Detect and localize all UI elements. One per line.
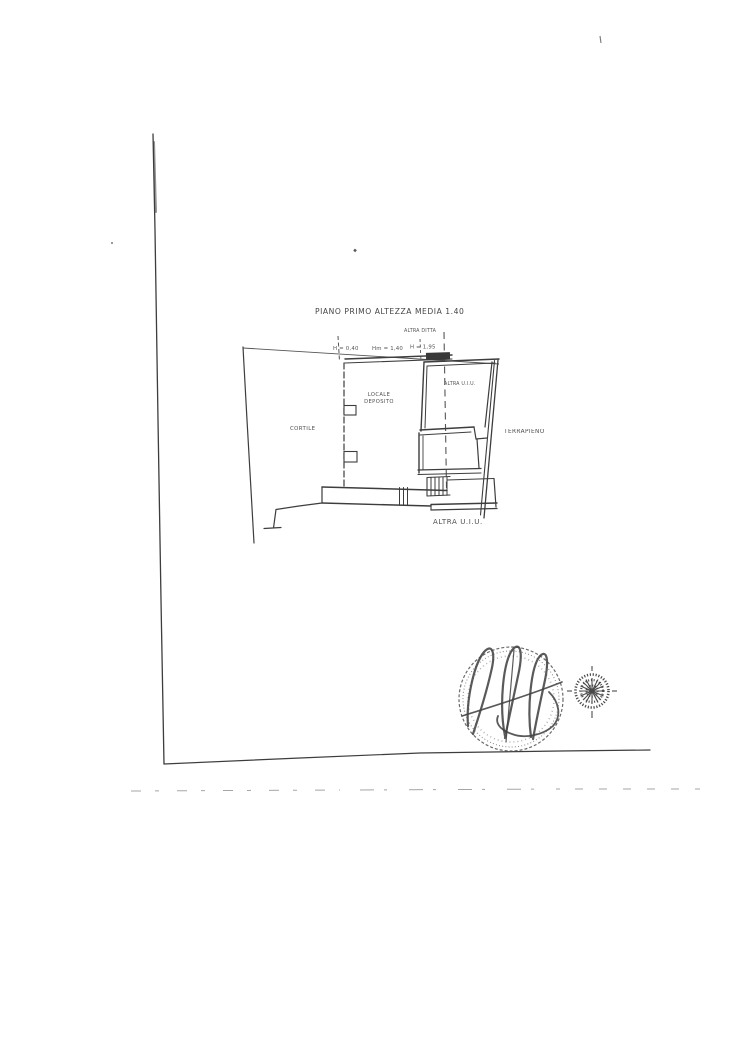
scan-specks xyxy=(111,36,601,252)
locale-deposito-label-line2: DEPOSITO xyxy=(364,399,394,405)
signature-loop-1 xyxy=(468,649,494,734)
lower-room-bottom-wall-inner xyxy=(431,509,497,511)
terrain-boundary-inner xyxy=(481,361,495,516)
scanned-floorplan-page: PIANO PRIMO ALTEZZA MEDIA 1.40 ALTRA DIT… xyxy=(0,0,744,1050)
right-room-top-wall-inner xyxy=(427,363,495,366)
mid-room-bottom-wall-outer xyxy=(418,469,481,471)
faint-dashed-rule-middle xyxy=(360,789,560,790)
rosette-seal xyxy=(567,666,617,718)
plan-linework xyxy=(243,332,499,543)
cortile-label: CORTILE xyxy=(290,426,316,432)
altra-ditta-label: ALTRA DITTA xyxy=(404,328,437,334)
altra-uiu-right-label: ALTRA U.I.U. xyxy=(444,381,476,387)
plan-labels: PIANO PRIMO ALTEZZA MEDIA 1.40 ALTRA DIT… xyxy=(290,307,545,526)
locale-deposito-label-line1: LOCALE xyxy=(368,392,391,398)
ink-stamp xyxy=(459,647,563,751)
speck-above-title xyxy=(353,249,357,253)
staircase-steps xyxy=(431,477,447,496)
height-left-label: H = 0,40 xyxy=(333,346,359,352)
cortile-left-wall xyxy=(243,347,254,543)
right-room-bottom-wall-outer xyxy=(420,427,474,430)
signature xyxy=(462,647,562,742)
staircase xyxy=(427,477,450,497)
plan-title: PIANO PRIMO ALTEZZA MEDIA 1.40 xyxy=(315,307,464,316)
lower-left-step-walls xyxy=(264,503,322,529)
height-right-label: H = 1,95 xyxy=(410,345,436,351)
terrain-boundary-outer xyxy=(484,360,498,518)
page-border xyxy=(131,134,700,791)
mid-room-bottom-wall-inner xyxy=(418,473,481,475)
right-room-bottom-step xyxy=(474,427,487,439)
right-room-left-wall-outer xyxy=(421,362,424,431)
height-middle-label: Hm = 1,40 xyxy=(372,346,403,352)
right-room-left-wall-inner xyxy=(425,366,427,428)
mid-room-right-wall xyxy=(477,439,479,468)
locale-bottom-wall-outer xyxy=(322,487,447,491)
terrapieno-label: TERRAPIENO xyxy=(503,429,545,435)
speck-left-margin xyxy=(111,242,113,244)
pilaster-lower xyxy=(344,452,357,463)
locale-bottom-wall-inner xyxy=(322,503,431,506)
faint-dashed-rule-left xyxy=(131,790,340,791)
speck-top-right xyxy=(600,36,601,43)
seal-spokes xyxy=(579,678,605,704)
altra-uiu-bottom-label: ALTRA U.I.U. xyxy=(433,518,483,526)
bottom-border-line xyxy=(164,750,650,764)
signature-loop-2 xyxy=(502,647,521,738)
right-room-bottom-wall-inner xyxy=(420,432,471,435)
doorway-jamb-lines xyxy=(400,488,408,506)
lower-room-bottom-wall-outer xyxy=(431,503,497,505)
pilaster-upper xyxy=(344,406,356,416)
window-marker xyxy=(426,352,450,360)
left-border-line xyxy=(153,134,164,764)
floorplan-drawing: PIANO PRIMO ALTEZZA MEDIA 1.40 ALTRA DIT… xyxy=(0,0,744,1050)
